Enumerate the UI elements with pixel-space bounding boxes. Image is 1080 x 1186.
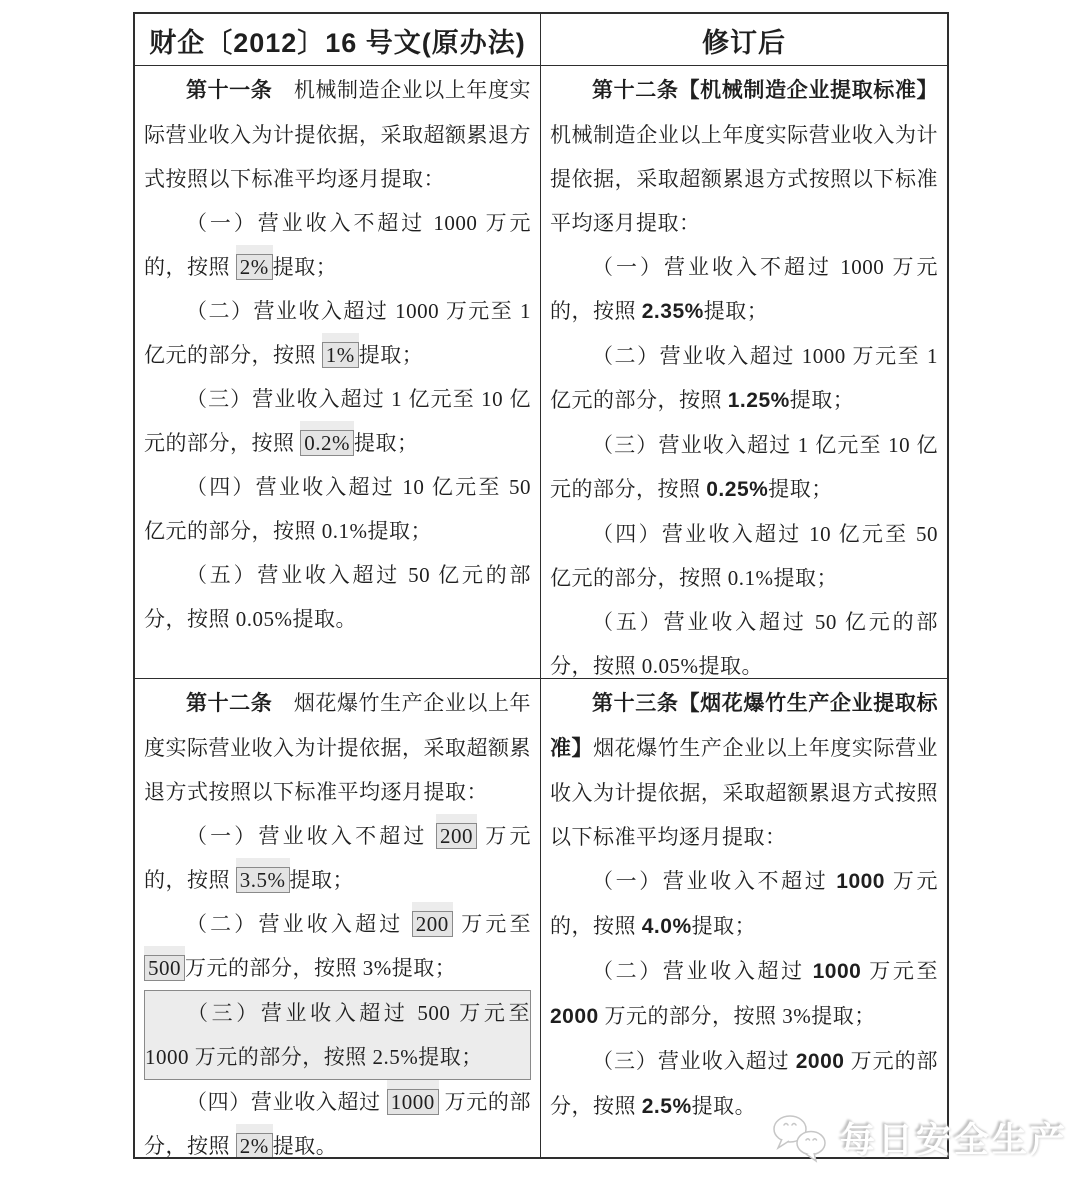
highlighted-value: 1000	[387, 1089, 439, 1115]
text-run: 提取；	[768, 477, 833, 501]
text-run: 万元至	[453, 912, 531, 936]
text-run: 万元的部分，按照 3%提取；	[185, 956, 456, 980]
text-run: 机械制造企业以上年度实际营业收入为计提依据，采取超额累退方式按照以下标准平均逐月…	[550, 123, 938, 235]
header-cell-revised: 修订后	[541, 14, 947, 66]
paragraph: （一）营业收入不超过 1000 万元的，按照 2%提取；	[144, 201, 531, 289]
revised-bold-value: 4.0%	[642, 915, 692, 938]
paragraph: （二）营业收入超过 1000 万元至 1 亿元的部分，按照 1%提取；	[144, 289, 531, 377]
text-run: （一）营业收入不超过	[592, 869, 836, 893]
text-run: （五）营业收入超过 50 亿元的部分，按照 0.05%提取。	[144, 563, 531, 631]
revised-bold-value: 0.25%	[706, 478, 768, 501]
revised-bold-value: 2000	[550, 1005, 599, 1028]
revised-bold-value: 第十一条	[186, 79, 272, 102]
header-original-label: 财企〔2012〕16 号文(原办法)	[149, 21, 526, 60]
text-run: （五）营业收入超过 50 亿元的部分，按照 0.05%提取。	[550, 610, 938, 678]
text-run: 提取；	[692, 914, 757, 938]
paragraph: （三）营业收入超过 500 万元至 1000 万元的部分，按照 2.5%提取；	[144, 990, 531, 1080]
wechat-bubbles-icon	[770, 1112, 832, 1164]
highlighted-value: 2%	[236, 1133, 273, 1157]
revised-bold-value: 2000	[796, 1050, 845, 1073]
text-run: （一）营业收入不超过	[186, 824, 436, 848]
highlighted-value: 0.2%	[300, 430, 354, 456]
highlighted-value: 1%	[322, 342, 359, 368]
paragraph: （四）营业收入超过 10 亿元至 50 亿元的部分，按照 0.1%提取；	[144, 465, 531, 553]
text-run: 万元的部分，按照 3%提取；	[599, 1004, 876, 1028]
cell-revised-article-12: 第十二条【机械制造企业提取标准】机械制造企业以上年度实际营业收入为计提依据，采取…	[541, 66, 947, 679]
paragraph: （四）营业收入超过 10 亿元至 50 亿元的部分，按照 0.1%提取；	[550, 512, 938, 600]
text-run: 提取；	[359, 343, 424, 367]
text-run: （三）营业收入超过	[592, 1049, 796, 1073]
paragraph: 第十一条 机械制造企业以上年度实际营业收入为计提依据，采取超额累退方式按照以下标…	[144, 68, 531, 201]
header-cell-original: 财企〔2012〕16 号文(原办法)	[135, 14, 541, 66]
paragraph: （二）营业收入超过 1000 万元至 1 亿元的部分，按照 1.25%提取；	[550, 334, 938, 423]
highlighted-value: 2%	[236, 254, 273, 280]
paragraph: （五）营业收入超过 50 亿元的部分，按照 0.05%提取。	[550, 600, 938, 679]
text-run: 提取。	[692, 1094, 757, 1118]
text-run: 提取；	[290, 868, 355, 892]
revised-bold-value: 2.35%	[642, 300, 704, 323]
watermark-label: 每日安全生产	[840, 1113, 1068, 1163]
revised-bold-value: 第十二条【机械制造企业提取标准】	[592, 79, 938, 102]
paragraph: 第十二条【机械制造企业提取标准】机械制造企业以上年度实际营业收入为计提依据，采取…	[550, 68, 938, 245]
highlighted-value: 200	[412, 911, 453, 937]
cell-original-article-11: 第十一条 机械制造企业以上年度实际营业收入为计提依据，采取超额累退方式按照以下标…	[135, 66, 541, 679]
text-run: （二）营业收入超过	[592, 959, 813, 983]
highlighted-value: 500	[144, 955, 185, 981]
text-run: 提取；	[704, 299, 769, 323]
page: 财企〔2012〕16 号文(原办法) 修订后 第十一条 机械制造企业以上年度实际…	[0, 0, 1080, 1186]
paragraph: （一）营业收入不超过 1000 万元的，按照 4.0%提取；	[550, 859, 938, 949]
paragraph: （一）营业收入不超过 1000 万元的，按照 2.35%提取；	[550, 245, 938, 334]
watermark: 每日安全生产	[770, 1112, 1068, 1164]
paragraph: （三）营业收入超过 1 亿元至 10 亿元的部分，按照 0.25%提取；	[550, 423, 938, 512]
text-run: （一）营业收入不超过 1000 万元的，按照	[144, 211, 531, 279]
text-run: （二）营业收入超过	[186, 912, 412, 936]
header-revised-label: 修订后	[702, 21, 786, 60]
text-run: （四）营业收入超过 10 亿元至 50 亿元的部分，按照 0.1%提取；	[550, 522, 938, 590]
text-run: 提取。	[273, 1134, 338, 1157]
revised-bold-value: 1000	[836, 870, 885, 893]
text-run: （三）营业收入超过 500 万元至 1000 万元的部分，按照 2.5%提取；	[145, 1001, 530, 1069]
paragraph: （二）营业收入超过 1000 万元至 2000 万元的部分，按照 3%提取；	[550, 949, 938, 1039]
text-run: 提取；	[790, 388, 855, 412]
paragraph: （二）营业收入超过 200 万元至 500万元的部分，按照 3%提取；	[144, 902, 531, 990]
text-run: （四）营业收入超过 10 亿元至 50 亿元的部分，按照 0.1%提取；	[144, 475, 531, 543]
paragraph: （五）营业收入超过 50 亿元的部分，按照 0.05%提取。	[144, 553, 531, 641]
text-run: （四）营业收入超过	[186, 1090, 387, 1114]
text-run: 烟花爆竹生产企业以上年度实际营业收入为计提依据，采取超额累退方式按照以下标准平均…	[550, 736, 938, 849]
highlighted-value: 200	[436, 823, 477, 849]
paragraph: （四）营业收入超过 1000 万元的部分，按照 2%提取。	[144, 1080, 531, 1157]
highlighted-value: 3.5%	[236, 867, 290, 893]
text-run: 万元至	[861, 959, 938, 983]
paragraph: （一）营业收入不超过 200 万元的，按照 3.5%提取；	[144, 814, 531, 902]
revised-bold-value: 2.5%	[642, 1095, 692, 1118]
paragraph: （三）营业收入超过 1 亿元至 10 亿元的部分，按照 0.2%提取；	[144, 377, 531, 465]
paragraph: 第十三条【烟花爆竹生产企业提取标准】烟花爆竹生产企业以上年度实际营业收入为计提依…	[550, 681, 938, 859]
cell-revised-article-13: 第十三条【烟花爆竹生产企业提取标准】烟花爆竹生产企业以上年度实际营业收入为计提依…	[541, 679, 947, 1157]
revised-bold-value: 1.25%	[728, 389, 790, 412]
comparison-table: 财企〔2012〕16 号文(原办法) 修订后 第十一条 机械制造企业以上年度实际…	[133, 12, 949, 1159]
revised-bold-value: 第十二条	[186, 692, 272, 715]
text-run: 提取；	[273, 255, 338, 279]
cell-original-article-12: 第十二条 烟花爆竹生产企业以上年度实际营业收入为计提依据，采取超额累退方式按照以…	[135, 679, 541, 1157]
revised-bold-value: 1000	[813, 960, 862, 983]
paragraph: 第十二条 烟花爆竹生产企业以上年度实际营业收入为计提依据，采取超额累退方式按照以…	[144, 681, 531, 814]
text-run: 提取；	[354, 431, 419, 455]
